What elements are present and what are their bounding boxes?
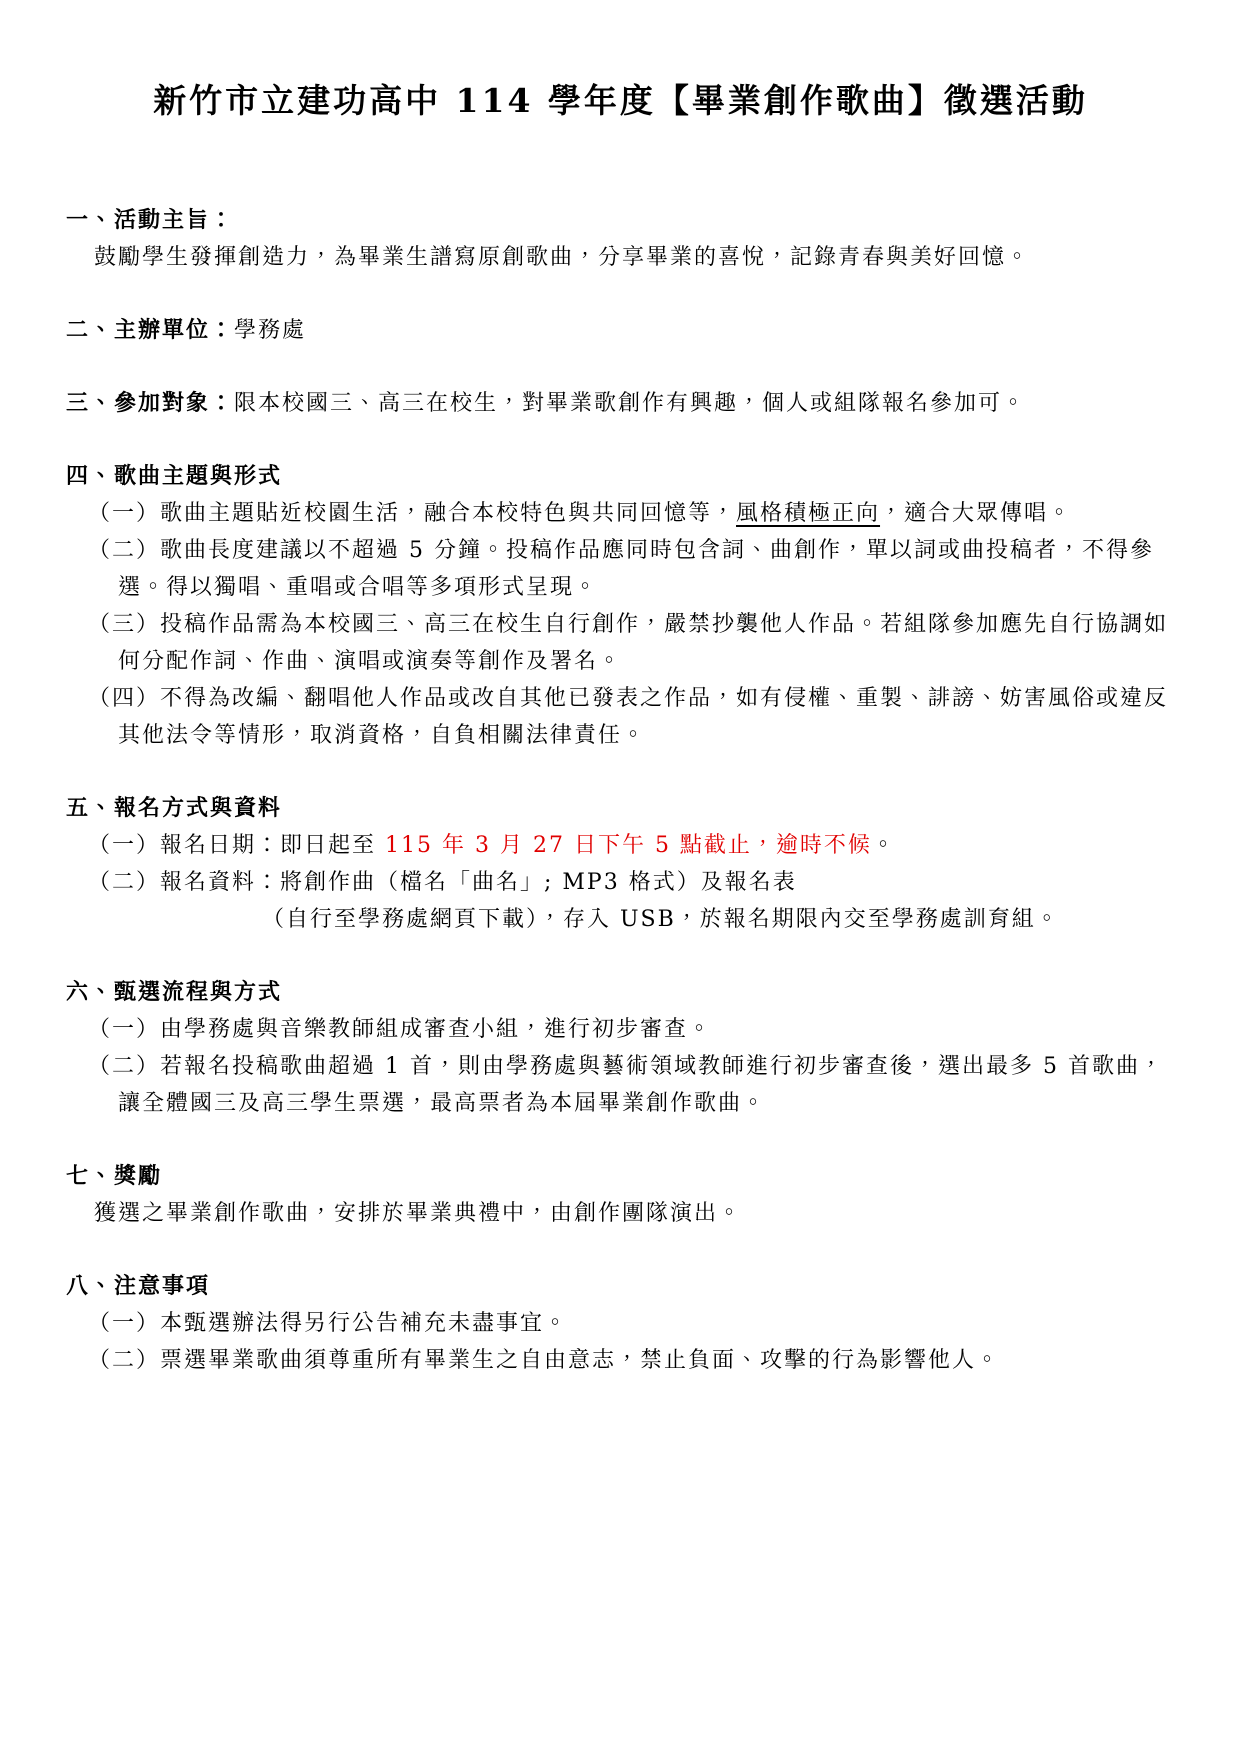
organizer-value: 學務處 xyxy=(234,318,306,343)
list-item: （一）歌曲主題貼近校園生活，融合本校特色與共同回憶等，風格積極正向，適合大眾傳唱… xyxy=(66,495,1175,532)
section-activity-purpose: 一、活動主旨： 鼓勵學生發揮創造力，為畢業生譜寫原創歌曲，分享畢業的喜悅，記錄青… xyxy=(66,202,1175,276)
list-item: （一）由學務處與音樂教師組成審查小組，進行初步審查。 xyxy=(66,1011,1175,1048)
underlined-text: 風格積極正向 xyxy=(736,501,880,526)
section-notes: 八、注意事項 （一）本甄選辦法得另行公告補充未盡事宜。 （二）票選畢業歌曲須尊重… xyxy=(66,1268,1175,1379)
section-heading: 八、注意事項 xyxy=(66,1268,1175,1305)
item-text: ，適合大眾傳唱。 xyxy=(880,501,1072,526)
list-item: （三）投稿作品需為本校國三、高三在校生自行創作，嚴禁抄襲他人作品。若組隊參加應先… xyxy=(66,606,1175,680)
section-heading: 三、參加對象： xyxy=(66,390,234,416)
section-line: 三、參加對象：限本校國三、高三在校生，對畢業歌創作有興趣，個人或組隊報名參加可。 xyxy=(66,385,1175,422)
item-text: （一）報名日期：即日起至 xyxy=(88,833,385,858)
list-item: （四）不得為改編、翻唱他人作品或改自其他已發表之作品，如有侵權、重製、誹謗、妨害… xyxy=(66,680,1175,754)
list-item: （一）報名日期：即日起至 115 年 3 月 27 日下午 5 點截止，逾時不候… xyxy=(66,827,1175,864)
section-line: 二、主辦單位：學務處 xyxy=(66,312,1175,349)
list-item: （二）若報名投稿歌曲超過 1 首，則由學務處與藝術領域教師進行初步審查後，選出最… xyxy=(66,1048,1175,1122)
section-body: 鼓勵學生發揮創造力，為畢業生譜寫原創歌曲，分享畢業的喜悅，記錄青春與美好回憶。 xyxy=(66,239,1175,276)
document-page: 新竹市立建功高中 114 學年度【畢業創作歌曲】徵選活動 一、活動主旨： 鼓勵學… xyxy=(0,0,1241,1755)
deadline-red-text: 115 年 3 月 27 日下午 5 點截止，逾時不候 xyxy=(385,833,872,858)
section-registration: 五、報名方式與資料 （一）報名日期：即日起至 115 年 3 月 27 日下午 … xyxy=(66,790,1175,938)
list-item: （一）本甄選辦法得另行公告補充未盡事宜。 xyxy=(66,1305,1175,1342)
section-heading: 六、甄選流程與方式 xyxy=(66,974,1175,1011)
item-text: （一）歌曲主題貼近校園生活，融合本校特色與共同回憶等， xyxy=(88,501,736,526)
section-heading: 四、歌曲主題與形式 xyxy=(66,458,1175,495)
section-eligibility: 三、參加對象：限本校國三、高三在校生，對畢業歌創作有興趣，個人或組隊報名參加可。 xyxy=(66,385,1175,422)
section-heading: 一、活動主旨： xyxy=(66,202,1175,239)
list-item: （二）報名資料：將創作曲（檔名「曲名」; MP3 格式）及報名表 xyxy=(66,864,1175,901)
list-item: （二）歌曲長度建議以不超過 5 分鐘。投稿作品應同時包含詞、曲創作，單以詞或曲投… xyxy=(66,532,1175,606)
list-item: （二）票選畢業歌曲須尊重所有畢業生之自由意志，禁止負面、攻擊的行為影響他人。 xyxy=(66,1342,1175,1379)
section-heading: 二、主辦單位： xyxy=(66,317,234,343)
section-organizer: 二、主辦單位：學務處 xyxy=(66,312,1175,349)
item-text: 。 xyxy=(872,833,896,858)
section-song-theme-format: 四、歌曲主題與形式 （一）歌曲主題貼近校園生活，融合本校特色與共同回憶等，風格積… xyxy=(66,458,1175,754)
section-body: 獲選之畢業創作歌曲，安排於畢業典禮中，由創作團隊演出。 xyxy=(66,1195,1175,1232)
section-selection-process: 六、甄選流程與方式 （一）由學務處與音樂教師組成審查小組，進行初步審查。 （二）… xyxy=(66,974,1175,1122)
list-item-continuation: （自行至學務處網頁下載），存入 USB，於報名期限內交至學務處訓育組。 xyxy=(66,901,1175,938)
eligibility-value: 限本校國三、高三在校生，對畢業歌創作有興趣，個人或組隊報名參加可。 xyxy=(234,391,1026,416)
section-award: 七、獎勵 獲選之畢業創作歌曲，安排於畢業典禮中，由創作團隊演出。 xyxy=(66,1158,1175,1232)
section-heading: 五、報名方式與資料 xyxy=(66,790,1175,827)
page-title: 新竹市立建功高中 114 學年度【畢業創作歌曲】徵選活動 xyxy=(66,78,1175,124)
section-heading: 七、獎勵 xyxy=(66,1158,1175,1195)
